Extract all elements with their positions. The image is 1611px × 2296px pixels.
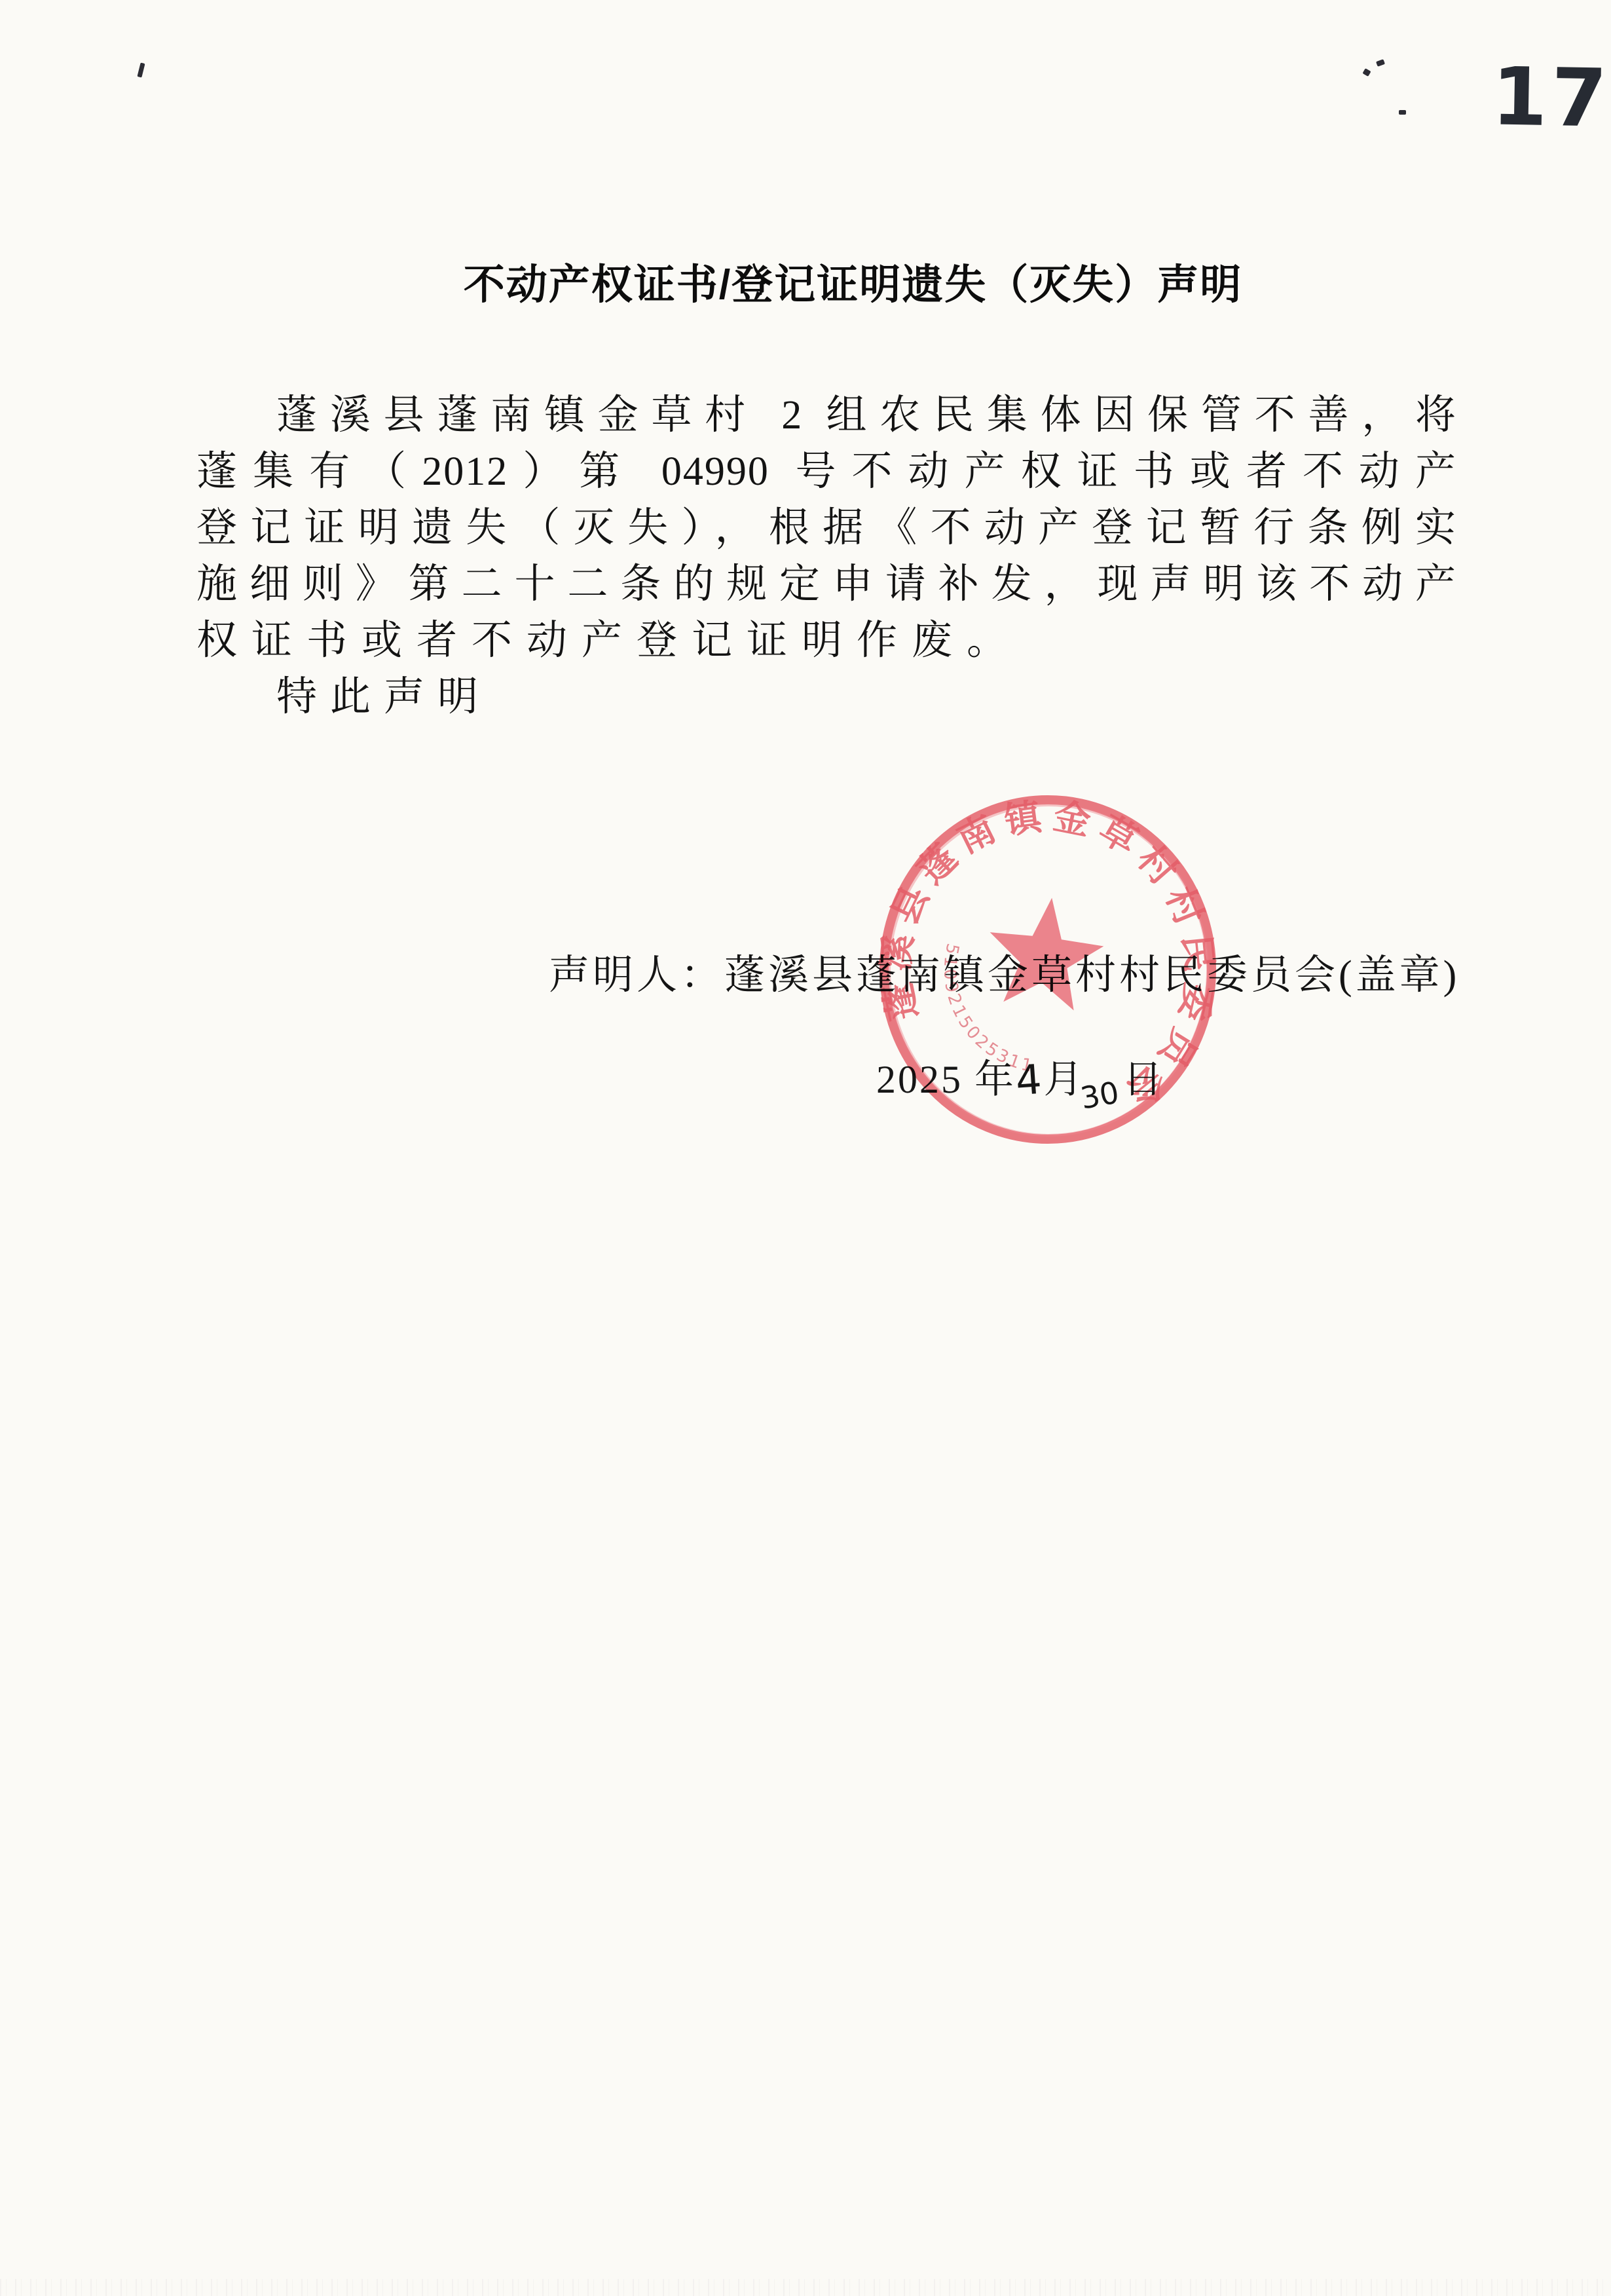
- ink-speck: [1376, 59, 1385, 67]
- body-line: 蓬集有（2012）第 04990 号不动产权证书或者不动产: [196, 443, 1457, 500]
- ink-speck: [1362, 68, 1371, 77]
- date-line: 2025 年4月30日: [876, 1048, 1164, 1104]
- date-day-handwritten: 30: [1078, 1074, 1122, 1116]
- ink-speck: [1399, 110, 1406, 115]
- date-year: 2025 年: [876, 1058, 1016, 1101]
- signature-line: 声明人：蓬溪县蓬南镇金草村村民委员会(盖章): [549, 942, 1460, 1000]
- scanned-document-page: { "page": { "number": "17", "paper_color…: [0, 0, 1611, 2296]
- ink-speck: [137, 62, 145, 77]
- date-day-label: 日: [1123, 1058, 1164, 1101]
- document-title: 不动产权证书/登记证明遗失（灭失）声明: [223, 252, 1483, 311]
- body-line-closing: 特此声明: [196, 669, 1457, 725]
- date-month-label: 月: [1043, 1058, 1084, 1101]
- official-seal-stamp: 蓬溪县蓬南镇金草村村民委员会 5109215025311: [0, 0, 1611, 2296]
- page-number: 17: [1491, 50, 1611, 145]
- date-month-handwritten: 4: [1014, 1055, 1045, 1105]
- body-line: 施细则》第二十二条的规定申请补发，现声明该不动产: [196, 556, 1457, 612]
- body-line: 权证书或者不动产登记证明作废。: [196, 612, 1457, 669]
- scan-noise-strip: [0, 2279, 1611, 2296]
- signature-label: 声明人：: [549, 953, 724, 998]
- body-line: 蓬溪县蓬南镇金草村 2 组农民集体因保管不善，将: [196, 387, 1457, 443]
- body-line: 登记证明遗失（灭失），根据《不动产登记暂行条例实: [196, 500, 1457, 556]
- signature-name: 蓬溪县蓬南镇金草村村民委员会(盖章): [724, 953, 1460, 998]
- declaration-body: 蓬溪县蓬南镇金草村 2 组农民集体因保管不善，将 蓬集有（2012）第 0499…: [196, 387, 1457, 725]
